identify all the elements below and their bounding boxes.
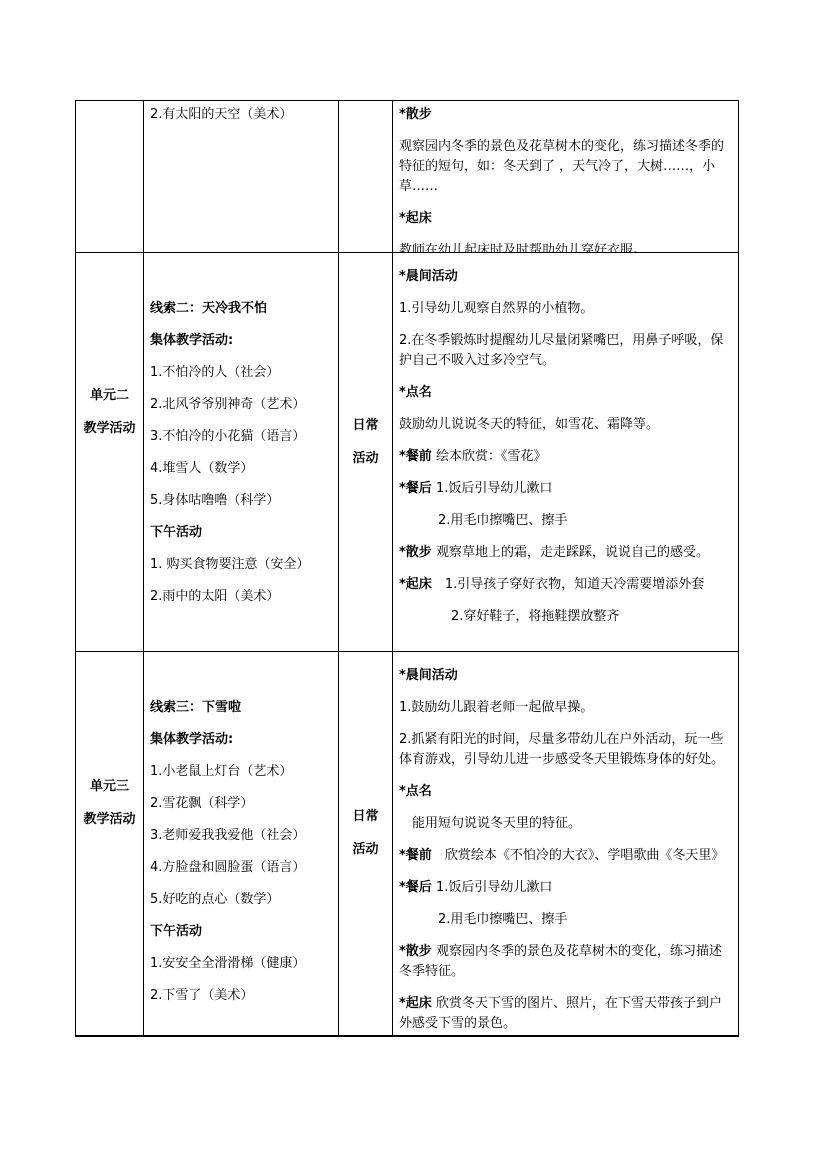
unit3-label-cell: 单元三教学活动 — [76, 652, 144, 1035]
paragraph: *餐前 欣赏绘本《不怕冷的大衣》、学唱歌曲《冬天里》 — [399, 846, 734, 866]
paragraph-text: 2.北风爷爷别神奇（艺术） — [150, 397, 305, 412]
bold-lead: *餐前 — [399, 449, 432, 464]
document-page: 2.有太阳的天空（美术） *散步观察园内冬季的景色及花草树木的变化，练习描述冬季… — [0, 0, 827, 1170]
paragraph: 下午活动 — [150, 523, 334, 543]
bold-lead: *散步 — [399, 944, 432, 959]
bold-lead: 下午活动 — [150, 924, 202, 939]
paragraph: *晨间活动 — [399, 666, 734, 686]
paragraph-text: 5.好吃的点心（数学） — [150, 892, 279, 907]
bold-lead: *晨间活动 — [399, 668, 458, 683]
paragraph: 能用短句说说冬天里的特征。 — [399, 814, 734, 834]
label-line: 单元三 — [90, 777, 129, 797]
bold-lead: 集体教学活动: — [150, 732, 233, 747]
paragraph: *起床 1.引导孩子穿好衣物，知道天冷需要增添外套 — [399, 575, 734, 595]
paragraph: 3.老师爱我我爱他（社会） — [150, 826, 334, 846]
paragraph: 2.北风爷爷别神奇（艺术） — [150, 395, 334, 415]
bold-lead: *晨间活动 — [399, 269, 458, 284]
label-line: 日常 — [352, 416, 378, 436]
paragraph-text: 1.小老鼠上灯台（艺术） — [150, 764, 292, 779]
paragraph-text: 观察草地上的霜，走走踩踩，说说自己的感受。 — [432, 545, 709, 560]
paragraph: 2.抓紧有阳光的时间，尽量多带幼儿在户外活动，玩一些体育游戏，引导幼儿进一步感受… — [399, 730, 734, 770]
paragraph: 2.有太阳的天空（美术） — [150, 105, 334, 125]
bold-lead: *点名 — [399, 784, 432, 799]
paragraph: 下午活动 — [150, 922, 334, 942]
paragraph: 1.引导幼儿观察自然界的小植物。 — [399, 299, 734, 319]
bold-lead: *起床 — [399, 211, 432, 226]
bold-lead: 下午活动 — [150, 525, 202, 540]
paragraph: *点名 — [399, 383, 734, 403]
paragraph-text: 2.雨中的太阳（美术） — [150, 589, 279, 604]
paragraph: *散步 观察草地上的霜，走走踩踩，说说自己的感受。 — [399, 543, 734, 563]
bold-lead: *散步 — [399, 545, 432, 560]
paragraph-text: 2.穿好鞋子，将拖鞋摆放整齐 — [399, 609, 619, 624]
bold-lead: *起床 — [399, 996, 432, 1011]
paragraph: 2.用毛巾擦嘴巴、擦手 — [399, 511, 734, 531]
paragraph-text: 3.不怕冷的小花猫（语言） — [150, 429, 305, 444]
paragraph: 5.好吃的点心（数学） — [150, 890, 334, 910]
paragraph-text: 1.饭后引导幼儿漱口 — [432, 481, 553, 496]
bold-lead: *餐后 — [399, 481, 432, 496]
paragraph: 鼓励幼儿说说冬天的特征，如雪花、霜降等。 — [399, 415, 734, 435]
label-line: 单元二 — [90, 386, 129, 406]
label-line: 日常 — [352, 807, 378, 827]
paragraph: 线索三：下雪啦 — [150, 698, 334, 718]
paragraph: 2.在冬季锻炼时提醒幼儿尽量闭紧嘴巴，用鼻子呼吸，保护自己不吸入过多冷空气。 — [399, 331, 734, 371]
paragraph: *餐后 1.饭后引导幼儿漱口 — [399, 878, 734, 898]
paragraph: 1.鼓励幼儿跟着老师一起做早操。 — [399, 698, 734, 718]
paragraph-text: 1.引导幼儿观察自然界的小植物。 — [399, 301, 593, 316]
paragraph-text: 教师在幼儿起床时及时帮助幼儿穿好衣服。 — [399, 243, 646, 253]
paragraph: *散步 观察园内冬季的景色及花草树木的变化，练习描述冬季特征。 — [399, 942, 734, 982]
paragraph-text: 4.堆雪人（数学） — [150, 461, 253, 476]
paragraph-text: 观察园内冬季的景色及花草树木的变化，练习描述冬季的特征的短句，如：冬天到了 ，天… — [399, 139, 724, 194]
paragraph-text: 绘本欣赏：《雪花》 — [432, 449, 547, 464]
bold-lead: *点名 — [399, 385, 432, 400]
paragraph-text: 欣赏绘本《不怕冷的大衣》、学唱歌曲《冬天里》 — [432, 848, 725, 863]
unit2-daily-label-cell: 日常活动 — [339, 253, 393, 652]
paragraph — [150, 267, 334, 287]
label-line: 活动 — [352, 840, 378, 860]
paragraph: *散步 — [399, 105, 734, 125]
paragraph: *餐前 绘本欣赏：《雪花》 — [399, 447, 734, 467]
bold-lead: *餐前 — [399, 848, 432, 863]
paragraph-text: 2.有太阳的天空（美术） — [150, 107, 292, 122]
paragraph: *点名 — [399, 782, 734, 802]
paragraph-text: 2.用毛巾擦嘴巴、擦手 — [399, 513, 567, 528]
schedule-table: 2.有太阳的天空（美术） *散步观察园内冬季的景色及花草树木的变化，练习描述冬季… — [75, 100, 739, 1037]
paragraph-text: 鼓励幼儿说说冬天的特征，如雪花、霜降等。 — [399, 417, 659, 432]
paragraph-text: 1.不怕冷的人（社会） — [150, 365, 279, 380]
unit1-daily-details-cell: *散步观察园内冬季的景色及花草树木的变化，练习描述冬季的特征的短句，如：冬天到了… — [393, 101, 738, 253]
bold-lead: 线索二：天冷我不怕 — [150, 301, 267, 316]
paragraph-text: 能用短句说说冬天里的特征。 — [399, 816, 581, 831]
paragraph: 集体教学活动: — [150, 331, 334, 351]
paragraph: 2.穿好鞋子，将拖鞋摆放整齐 — [399, 607, 734, 627]
bold-lead: *餐后 — [399, 880, 432, 895]
unit3-daily-label-cell: 日常活动 — [339, 652, 393, 1035]
paragraph: 3.不怕冷的小花猫（语言） — [150, 427, 334, 447]
paragraph-text: 4.方脸盘和圆脸蛋（语言） — [150, 860, 305, 875]
paragraph-text: 欣赏冬天下雪的图片、照片，在下雪天带孩子到户外感受下雪的景色。 — [399, 996, 722, 1031]
unit2-label-cell: 单元二教学活动 — [76, 253, 144, 652]
bold-lead: 集体教学活动: — [150, 333, 233, 348]
paragraph: 教师在幼儿起床时及时帮助幼儿穿好衣服。 — [399, 241, 734, 253]
unit1-plan-cell: 2.有太阳的天空（美术） — [144, 101, 339, 253]
paragraph-text: 1.饭后引导幼儿漱口 — [432, 880, 553, 895]
paragraph-text: 1.鼓励幼儿跟着老师一起做早操。 — [399, 700, 593, 715]
paragraph: 1.安安全全滑滑梯（健康） — [150, 954, 334, 974]
unit1-label-cell — [76, 101, 144, 253]
bold-lead: 线索三：下雪啦 — [150, 700, 241, 715]
unit1-daily-label-cell — [339, 101, 393, 253]
paragraph: *起床 欣赏冬天下雪的图片、照片，在下雪天带孩子到户外感受下雪的景色。 — [399, 994, 734, 1034]
unit2-daily-details-cell: *晨间活动1.引导幼儿观察自然界的小植物。2.在冬季锻炼时提醒幼儿尽量闭紧嘴巴，… — [393, 253, 738, 652]
paragraph-text: 2.雪花飘（科学） — [150, 796, 253, 811]
label-line: 教学活动 — [83, 810, 135, 830]
paragraph-text: 2.下雪了（美术） — [150, 988, 253, 1003]
paragraph: 1. 购买食物要注意（安全） — [150, 555, 334, 575]
paragraph: 2.用毛巾擦嘴巴、擦手 — [399, 910, 734, 930]
paragraph: 4.方脸盘和圆脸蛋（语言） — [150, 858, 334, 878]
paragraph-text: 2.用毛巾擦嘴巴、擦手 — [399, 912, 567, 927]
paragraph: *餐后 1.饭后引导幼儿漱口 — [399, 479, 734, 499]
paragraph: 1.不怕冷的人（社会） — [150, 363, 334, 383]
paragraph: 2.雪花飘（科学） — [150, 794, 334, 814]
paragraph: *起床 — [399, 209, 734, 229]
paragraph-text: 2.在冬季锻炼时提醒幼儿尽量闭紧嘴巴，用鼻子呼吸，保护自己不吸入过多冷空气。 — [399, 333, 723, 368]
paragraph: 线索二：天冷我不怕 — [150, 299, 334, 319]
paragraph-text: 1.引导孩子穿好衣物，知道天冷需要增添外套 — [432, 577, 704, 592]
paragraph: 2.下雪了（美术） — [150, 986, 334, 1006]
bold-lead: *散步 — [399, 107, 432, 122]
label-line: 活动 — [352, 449, 378, 469]
paragraph: 4.堆雪人（数学） — [150, 459, 334, 479]
paragraph-text: 2.抓紧有阳光的时间，尽量多带幼儿在户外活动，玩一些体育游戏，引导幼儿进一步感受… — [399, 732, 724, 767]
paragraph: 观察园内冬季的景色及花草树木的变化，练习描述冬季的特征的短句，如：冬天到了 ，天… — [399, 137, 734, 197]
paragraph: 1.小老鼠上灯台（艺术） — [150, 762, 334, 782]
paragraph-text: 1.安安全全滑滑梯（健康） — [150, 956, 305, 971]
label-line: 教学活动 — [83, 419, 135, 439]
paragraph: 集体教学活动: — [150, 730, 334, 750]
paragraph — [150, 666, 334, 686]
unit3-plan-cell: 线索三：下雪啦集体教学活动:1.小老鼠上灯台（艺术）2.雪花飘（科学）3.老师爱… — [144, 652, 339, 1035]
unit3-daily-details-cell: *晨间活动1.鼓励幼儿跟着老师一起做早操。2.抓紧有阳光的时间，尽量多带幼儿在户… — [393, 652, 738, 1035]
paragraph-text: 5.身体咕噜噜（科学） — [150, 493, 279, 508]
paragraph: 5.身体咕噜噜（科学） — [150, 491, 334, 511]
paragraph-text: 观察园内冬季的景色及花草树木的变化，练习描述冬季特征。 — [399, 944, 722, 979]
paragraph: *晨间活动 — [399, 267, 734, 287]
paragraph-text: 1. 购买食物要注意（安全） — [150, 557, 310, 572]
unit2-plan-cell: 线索二：天冷我不怕集体教学活动:1.不怕冷的人（社会）2.北风爷爷别神奇（艺术）… — [144, 253, 339, 652]
bold-lead: *起床 — [399, 577, 432, 592]
paragraph-text: 3.老师爱我我爱他（社会） — [150, 828, 305, 843]
paragraph: 2.雨中的太阳（美术） — [150, 587, 334, 607]
